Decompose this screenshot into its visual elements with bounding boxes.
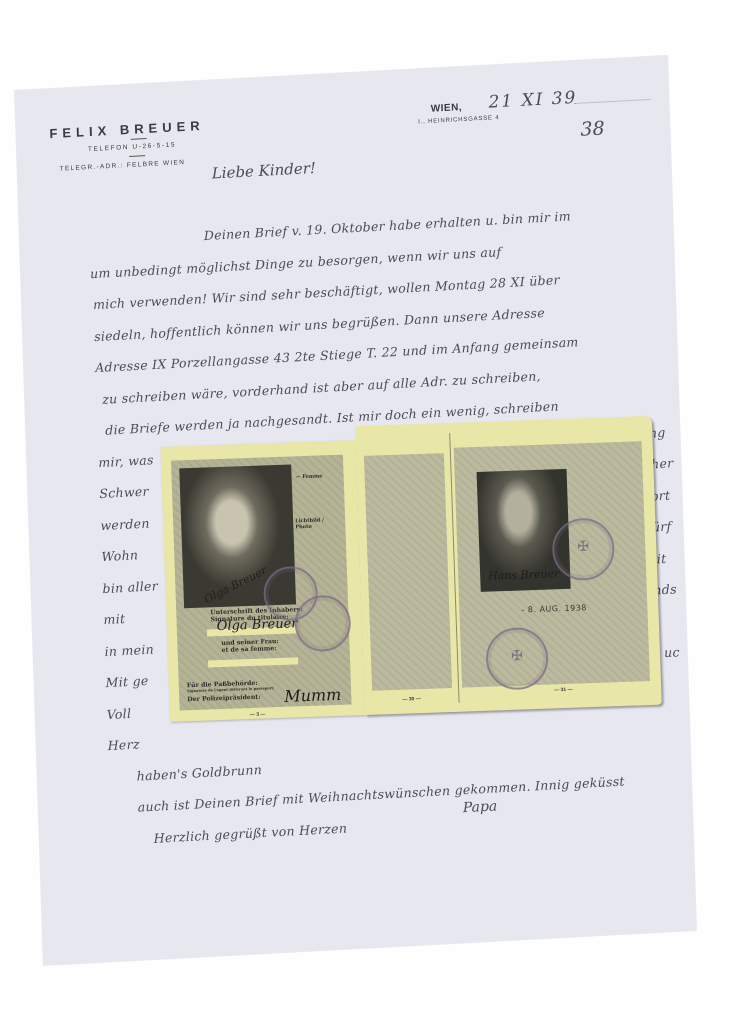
divider [129,155,145,157]
letterhead-city: WIEN, [431,102,463,115]
letter-line: Herz [107,736,140,753]
document-photo: FELIX BREUER TELEFON U-26-5-15 TELEGR.-A… [0,0,731,1023]
letter-date: 21 XI 39 [488,88,577,113]
letter-line: bin aller [102,578,158,596]
letterhead-name: FELIX BREUER [49,118,205,141]
passport-page-30 [364,453,452,691]
portrait-photo-man: Hans Breuer [477,469,571,592]
letter-line: Mit ge [105,673,148,690]
letterhead-telephone: TELEFON U-26-5-15 [88,141,176,153]
passport-left-page: Olga Breuer — Femme Lichtbild / Photo Un… [160,440,364,722]
passport-right-spread: Hans Breuer ✠ - 8. AUG. 1938 ✠ — 30 — — … [355,416,662,715]
divider [131,138,147,140]
letter-signature: Papa [463,798,498,816]
letter-line: um unbedingt möglichst Dinge zu besorgen… [90,244,502,281]
letter-right-fragments: ungIlherhortdürfmitendslst uc [14,55,668,90]
sex-label: — Femme [296,473,323,480]
letter-line: Voll [106,705,131,721]
passport-page-print: Olga Breuer — Femme Lichtbild / Photo Un… [171,455,352,711]
page-number: — 31 — [554,687,573,694]
letterhead-telegram: TELEGR.-ADR.: FELBRE WIEN [60,159,186,173]
passport: Olga Breuer — Femme Lichtbild / Photo Un… [160,416,662,723]
eagle-icon: ✠ [577,538,589,555]
letter-line: in mein [104,641,154,659]
page-number: — 30 — [402,696,421,703]
letter-line: werden [100,515,150,533]
official-signature: Mumm [284,685,342,706]
eagle-icon: ✠ [511,647,523,664]
letter-line: Wohn [101,547,138,564]
photo-signature: Hans Breuer [488,567,560,582]
photo-label: Lichtbild / Photo [295,517,340,531]
photo-signature: Olga Breuer [202,564,269,607]
letter-line: Deinen Brief v. 19. Oktober habe erhalte… [204,208,571,243]
letter-line: mit [103,611,125,627]
letter-line: auch ist Deinen Brief mit Weihnachtswüns… [137,774,624,815]
letter-line: siedeln, hoffentlich können wir uns begr… [94,304,545,343]
letter-line: zu schreiben wäre, vorderhand ist aber a… [102,368,541,407]
letter-line: mich verwenden! Wir sind sehr beschäftig… [93,272,560,312]
page-number: — 3 — [250,711,266,718]
letter-line: Schwer [99,483,149,501]
letter-body: Deinen Brief v. 19. Oktober habe erhalte… [14,55,668,90]
letter-line: haben's Goldbrunn [136,761,262,783]
letterhead-street: I., HEINRICHSGASSE 4 [418,115,499,125]
date-dotted-line [575,99,651,104]
salutation: Liebe Kinder! [212,159,317,183]
folio-number: 38 [580,117,605,140]
letter-line: Herzlich gegrüßt von Herzen [154,820,348,845]
letter-line: mir, was [98,452,154,470]
passport-page-31: Hans Breuer ✠ - 8. AUG. 1938 ✠ [454,441,650,687]
